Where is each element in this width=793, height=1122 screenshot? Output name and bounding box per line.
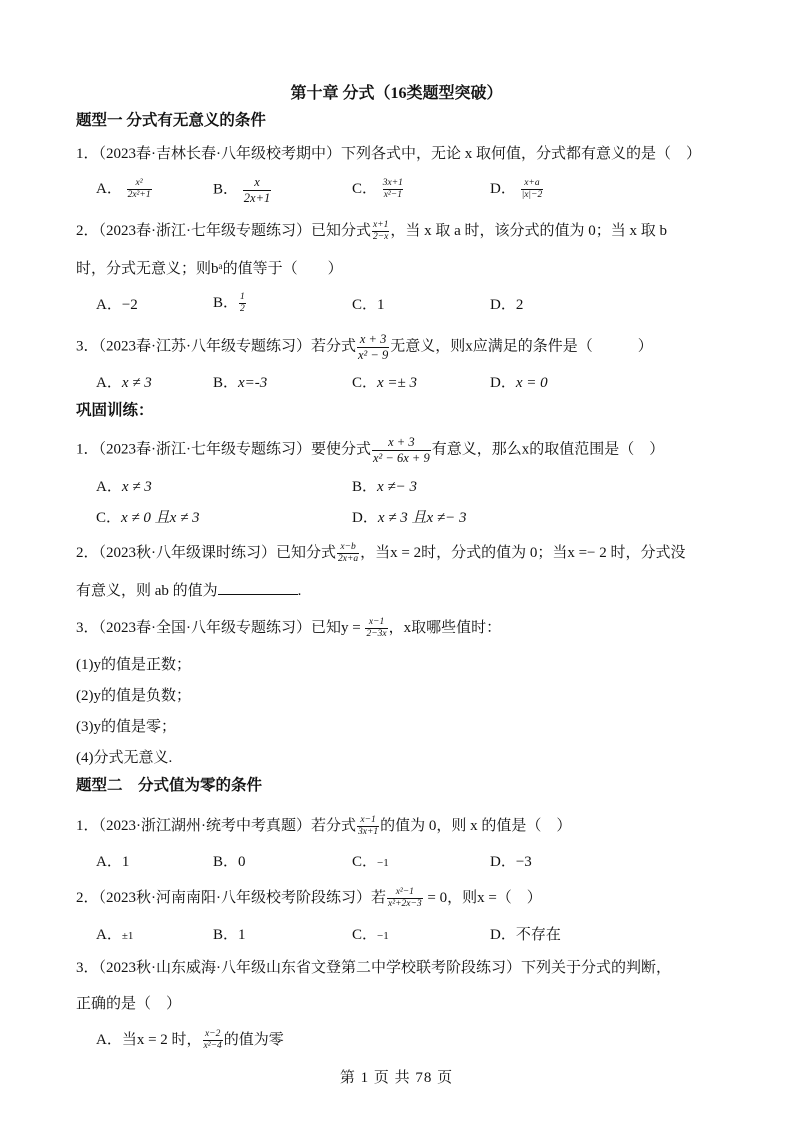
option-d: D．x ≠ 3 且x ≠− 3 [352,507,467,529]
option-d: D．不存在 [490,924,561,946]
option-c: C．x ≠ 0 且x ≠ 3 [96,507,200,529]
option-b: B．0 [213,851,246,873]
practice-question-2-line2: 有意义，则 ab 的值为. [76,580,301,602]
option-a: A．1 [96,851,129,873]
sub-question-2: (2)y的值是负数； [76,685,191,707]
question-1-2-line2: 时，分式无意义；则bᵃ的值等于（ ） [76,258,343,280]
option-b: B．12 [213,292,247,315]
option-d: D． x+a|x|−2 [490,178,544,201]
question-2-3: 3．（2023秋·山东威海·八年级山东省文登第二中学校联考阶段练习）下列关于分式… [76,957,671,979]
question-1-3: 3．（2023春·江苏·八年级专题练习）若分式x + 3x² − 9无意义，则x… [76,333,653,361]
option-a: A．−2 [96,294,138,316]
question-2-3-line2: 正确的是（ ） [76,993,181,1015]
option-a: A． x²2x²+1 [96,178,153,201]
option-d: D．2 [490,294,523,316]
answer-blank[interactable] [218,580,298,595]
sub-question-1: (1)y的值是正数； [76,654,191,676]
option-b: B．1 [213,924,246,946]
section-heading-1: 题型一 分式有无意义的条件 [76,108,266,130]
option-b: B．x=-3 [213,372,267,394]
practice-question-3: 3．（2023春·全国·八年级专题练习）已知y = x−12−3x，x取哪些值时… [76,617,501,640]
page-footer: 第 1 页 共 78 页 [0,1066,793,1087]
option-b: B．x ≠− 3 [352,476,417,498]
option-d: D．x = 0 [490,372,548,394]
chapter-title: 第十章 分式（16类题型突破） [0,80,793,103]
option-b: B． x2x+1 [213,176,272,204]
option-c: C． 3x+1x²−1 [352,178,405,201]
option-c: C．x =± 3 [352,372,417,394]
practice-question-1: 1．（2023春·浙江·七年级专题练习）要使分式x + 3x² − 6x + 9… [76,436,664,464]
option-a: A．x ≠ 3 [96,476,152,498]
section-heading-2: 题型二 分式值为零的条件 [76,773,262,795]
question-1-2: 2．（2023春·浙江·七年级专题练习）已知分式x+12−x，当 x 取 a 时… [76,220,667,243]
option-a: A．±1 [96,924,133,947]
option-d: D．−3 [490,851,532,873]
option-c: C．−1 [352,851,389,874]
option-a: A．x ≠ 3 [96,372,152,394]
question-2-1: 1．（2023·浙江湖州·统考中考真题）若分式x−13x+1的值为 0，则 x … [76,815,571,838]
question-1-1: 1．（2023春·吉林长春·八年级校考期中）下列各式中，无论 x 取何值，分式都… [76,143,701,165]
sub-question-4: (4)分式无意义. [76,747,172,769]
practice-heading: 巩固训练： [76,398,154,420]
option-c: C．1 [352,294,385,316]
practice-question-2: 2．（2023秋·八年级课时练习）已知分式x−b2x+a，当x = 2时，分式的… [76,542,686,565]
option-a: A．当x = 2 时，x−2x²−4的值为零 [96,1029,284,1052]
question-2-2: 2．（2023秋·河南南阳·八年级校考阶段练习）若x²−1x²+2x−3 = 0… [76,887,542,910]
sub-question-3: (3)y的值是零； [76,716,176,738]
option-c: C．−1 [352,924,389,947]
